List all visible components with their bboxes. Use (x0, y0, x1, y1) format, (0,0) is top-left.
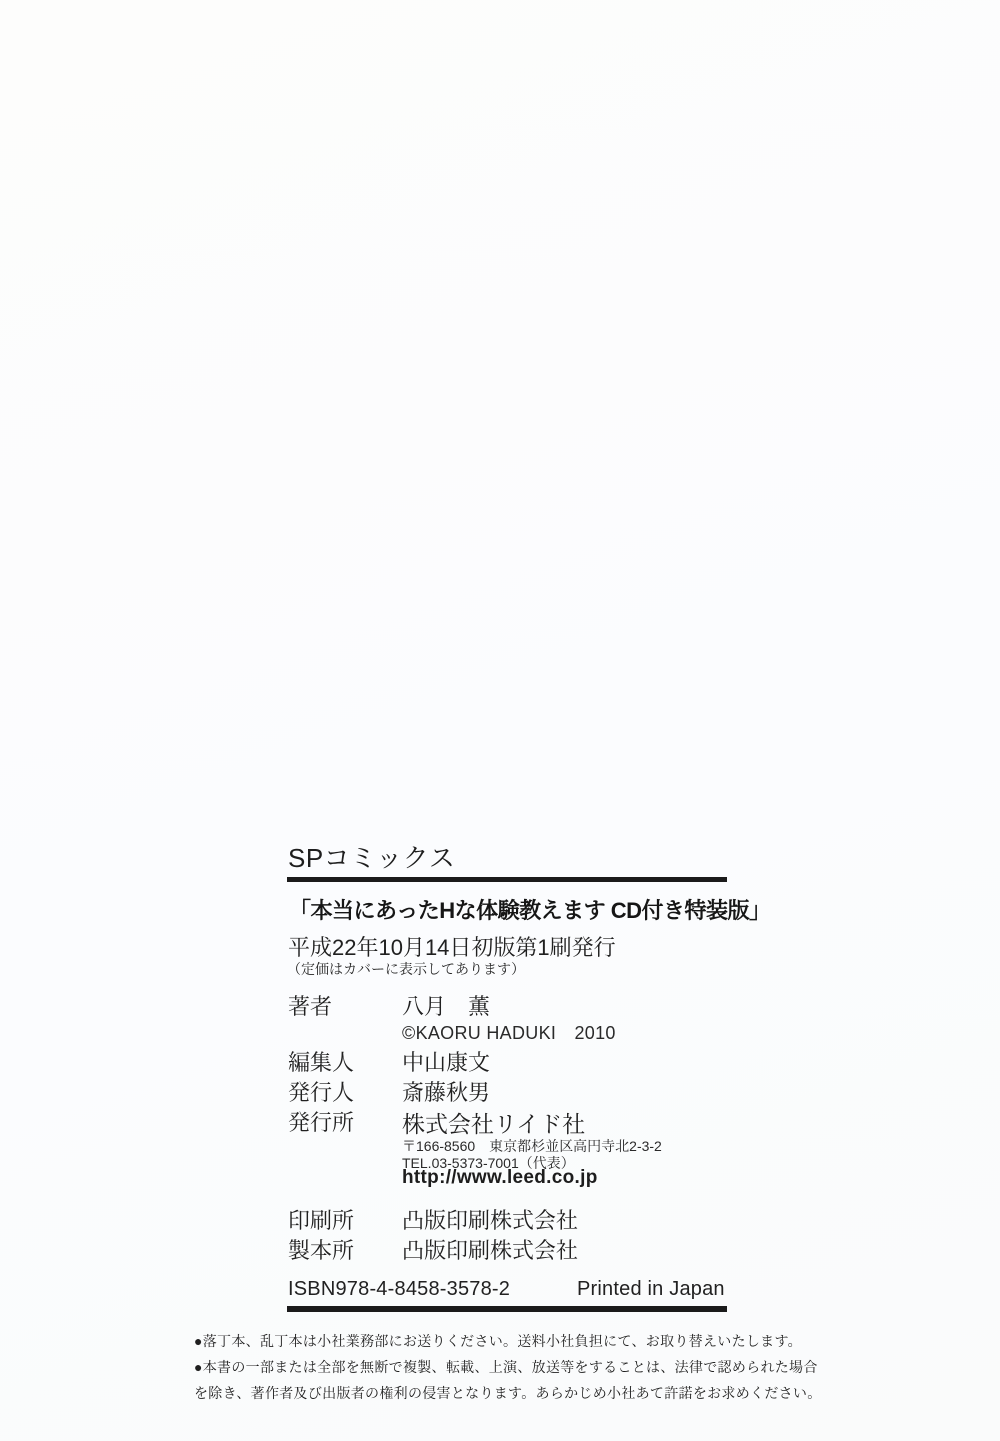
publisher-label: 発行人 (288, 1076, 402, 1107)
editor-name: 中山康文 (402, 1046, 490, 1077)
series-label: SPコミックス (288, 838, 455, 875)
author-label: 著者 (288, 990, 402, 1021)
credit-row-publisher: 発行人 斎藤秋男 (288, 1076, 490, 1107)
credit-row-author: 著者 八月 薫 (288, 990, 490, 1021)
binder-label: 製本所 (288, 1234, 402, 1265)
publishing-house-label: 発行所 (288, 1106, 402, 1139)
legal-note-line-2: ●本書の一部または全部を無断で複製、転載、上演、放送等をすることは、法律で認めら… (194, 1354, 822, 1380)
legal-note-line-3: を除き、著作者及び出版者の権利の侵害となります。あらかじめ小社あて許諾をお求めく… (194, 1380, 822, 1406)
legal-notes: ●落丁本、乱丁本は小社業務部にお送りください。送料小社負担にて、お取り替えいたし… (194, 1328, 822, 1406)
printer-name: 凸版印刷株式会社 (402, 1204, 578, 1235)
top-divider-rule (287, 877, 727, 882)
credit-row-publishing-house: 発行所 株式会社リイド社 (288, 1106, 585, 1139)
printer-label: 印刷所 (288, 1204, 402, 1235)
scanned-colophon-page: SPコミックス 「本当にあったHな体験教えます CD付き特装版」 平成22年10… (0, 0, 1000, 1441)
printed-in-japan: Printed in Japan (577, 1278, 725, 1301)
copyright-line: ©KAORU HADUKI 2010 (402, 1019, 616, 1045)
price-note: （定価はカバーに表示してあります） (287, 959, 525, 979)
credit-row-printer: 印刷所 凸版印刷株式会社 (288, 1204, 578, 1235)
editor-label: 編集人 (288, 1046, 402, 1077)
credit-row-editor: 編集人 中山康文 (288, 1046, 490, 1077)
isbn-number: ISBN978-4-8458-3578-2 (288, 1278, 510, 1301)
publishing-house-name: 株式会社リイド社 (402, 1106, 585, 1139)
legal-note-line-1: ●落丁本、乱丁本は小社業務部にお送りください。送料小社負担にて、お取り替えいたし… (194, 1328, 822, 1354)
binder-name: 凸版印刷株式会社 (402, 1234, 578, 1265)
book-title: 「本当にあったHな体験教えます CD付き特装版」 (289, 894, 771, 925)
credit-row-binder: 製本所 凸版印刷株式会社 (288, 1234, 578, 1265)
bottom-divider-rule (287, 1306, 727, 1312)
author-name: 八月 薫 (402, 990, 490, 1021)
publisher-name: 斎藤秋男 (402, 1076, 490, 1107)
edition-date-line: 平成22年10月14日初版第1刷発行 (288, 931, 616, 962)
website-url: http://www.leed.co.jp (402, 1167, 598, 1189)
